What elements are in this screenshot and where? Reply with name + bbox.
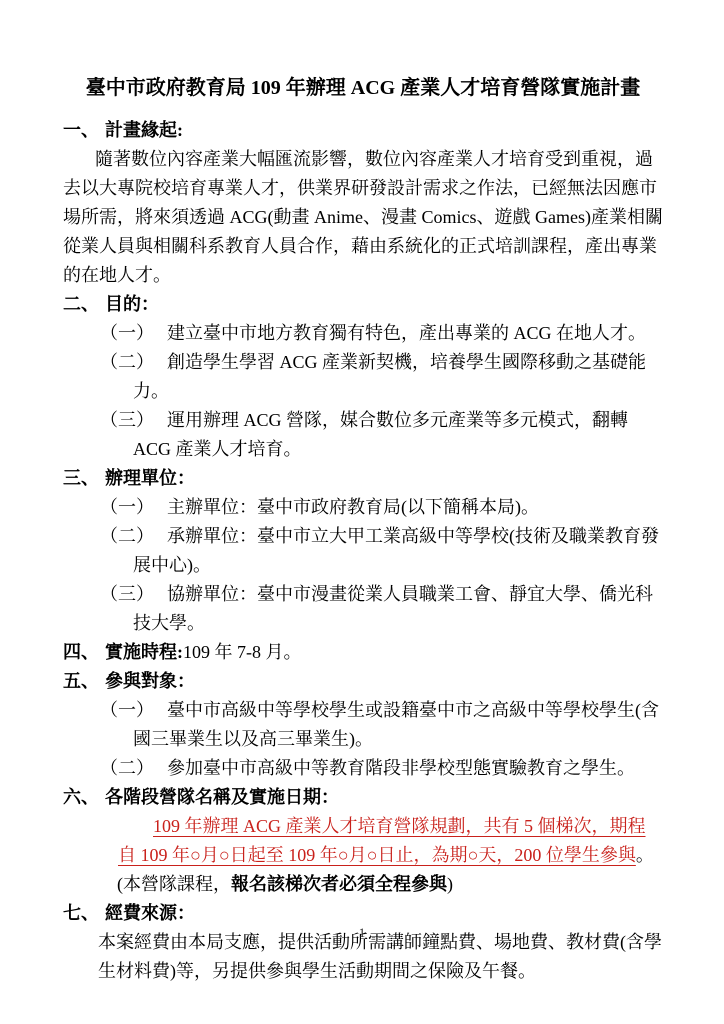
item-text: 承辦單位：臺中市立大甲工業高級中等學校(技術及職業教育發展中心)。: [133, 526, 659, 575]
document-page: 臺中市政府教育局 109 年辦理 ACG 產業人才培育營隊實施計畫 一、計畫緣起…: [0, 0, 724, 1024]
camp-plan-paragraph: 109 年辦理 ACG 產業人才培育營隊規劃，共有 5 個梯次，期程自 109 …: [118, 812, 663, 870]
item-text: 主辦單位：臺中市政府教育局(以下簡稱本局)。: [167, 497, 539, 517]
item-marker: （一）: [100, 696, 167, 725]
section-label: 計畫緣起:: [105, 120, 183, 140]
item-marker: （三）: [100, 406, 167, 435]
item-text: 協辦單位：臺中市漫畫從業人員職業工會、靜宜大學、僑光科技大學。: [133, 584, 653, 633]
section-marker: 四、: [63, 638, 105, 667]
item-text: 臺中市高級中等學校學生或設籍臺中市之高級中等學校學生(含國三畢業生以及高三畢業生…: [133, 700, 659, 749]
section-label: 實施時程:: [105, 642, 183, 662]
list-item-participants-1: （一）臺中市高級中等學校學生或設籍臺中市之高級中等學校學生(含國三畢業生以及高三…: [133, 696, 663, 754]
section-marker: 一、: [63, 116, 105, 145]
item-marker: （一）: [100, 319, 167, 348]
list-item-purpose-2: （二）創造學生學習 ACG 產業新契機，培養學生國際移動之基礎能力。: [133, 348, 663, 406]
item-text: 建立臺中市地方教育獨有特色，產出專業的 ACG 在地人才。: [167, 323, 646, 343]
section-label: 目的：: [105, 294, 159, 314]
camp-note-line: (本營隊課程，報名該梯次者必須全程參與): [117, 870, 663, 899]
section-heading-origin: 一、計畫緣起:: [63, 116, 663, 145]
section-marker: 二、: [63, 290, 105, 319]
section-label: 各階段營隊名稱及實施日期：: [105, 787, 339, 807]
section-heading-purpose: 二、目的：: [63, 290, 663, 319]
list-item-organizer-2: （二）承辦單位：臺中市立大甲工業高級中等學校(技術及職業教育發展中心)。: [133, 522, 663, 580]
section-heading-participants: 五、參與對象：: [63, 667, 663, 696]
item-text: 創造學生學習 ACG 產業新契機，培養學生國際移動之基礎能力。: [133, 352, 646, 401]
list-item-purpose-1: （一）建立臺中市地方教育獨有特色，產出專業的 ACG 在地人才。: [133, 319, 663, 348]
item-marker: （二）: [100, 348, 167, 377]
section-heading-camp-dates: 六、各階段營隊名稱及實施日期：: [63, 783, 663, 812]
item-marker: （一）: [100, 493, 167, 522]
section-label: 辦理單位：: [105, 468, 195, 488]
list-item-participants-2: （二）參加臺中市高級中等教育階段非學校型態實驗教育之學生。: [133, 754, 663, 783]
paragraph-origin: 隨著數位內容產業大幅匯流影響，數位內容產業人才培育受到重視，過去以大專院校培育專…: [63, 145, 663, 290]
note-prefix: (本營隊課程，: [117, 874, 231, 894]
camp-plan-red-underlined-text: 109 年辦理 ACG 產業人才培育營隊規劃，共有 5 個梯次，期程自 109 …: [118, 816, 646, 865]
document-title: 臺中市政府教育局 109 年辦理 ACG 產業人才培育營隊實施計畫: [63, 72, 663, 104]
section-label: 經費來源：: [105, 903, 195, 923]
item-marker: （二）: [100, 522, 167, 551]
item-marker: （二）: [100, 754, 167, 783]
item-text: 參加臺中市高級中等教育階段非學校型態實驗教育之學生。: [167, 758, 635, 778]
section-marker: 五、: [63, 667, 105, 696]
item-marker: （三）: [100, 580, 167, 609]
schedule-value: 109 年 7-8 月。: [183, 642, 302, 662]
section-label: 參與對象：: [105, 671, 195, 691]
list-item-organizer-1: （一）主辦單位：臺中市政府教育局(以下簡稱本局)。: [133, 493, 663, 522]
list-item-purpose-3: （三）運用辦理 ACG 營隊，媒合數位多元產業等多元模式，翻轉 ACG 產業人才…: [133, 406, 663, 464]
list-item-organizer-3: （三）協辦單位：臺中市漫畫從業人員職業工會、靜宜大學、僑光科技大學。: [133, 580, 663, 638]
note-bold-text: 報名該梯次者必須全程參與: [231, 874, 447, 894]
note-suffix: ): [447, 874, 453, 894]
section-marker: 三、: [63, 464, 105, 493]
section-marker: 六、: [63, 783, 105, 812]
section-heading-schedule: 四、實施時程:109 年 7-8 月。: [63, 638, 663, 667]
page-number: 1: [0, 924, 724, 942]
section-heading-organizers: 三、辦理單位：: [63, 464, 663, 493]
camp-plan-period: 。: [636, 845, 654, 865]
item-text: 運用辦理 ACG 營隊，媒合數位多元產業等多元模式，翻轉 ACG 產業人才培育。: [133, 410, 628, 459]
